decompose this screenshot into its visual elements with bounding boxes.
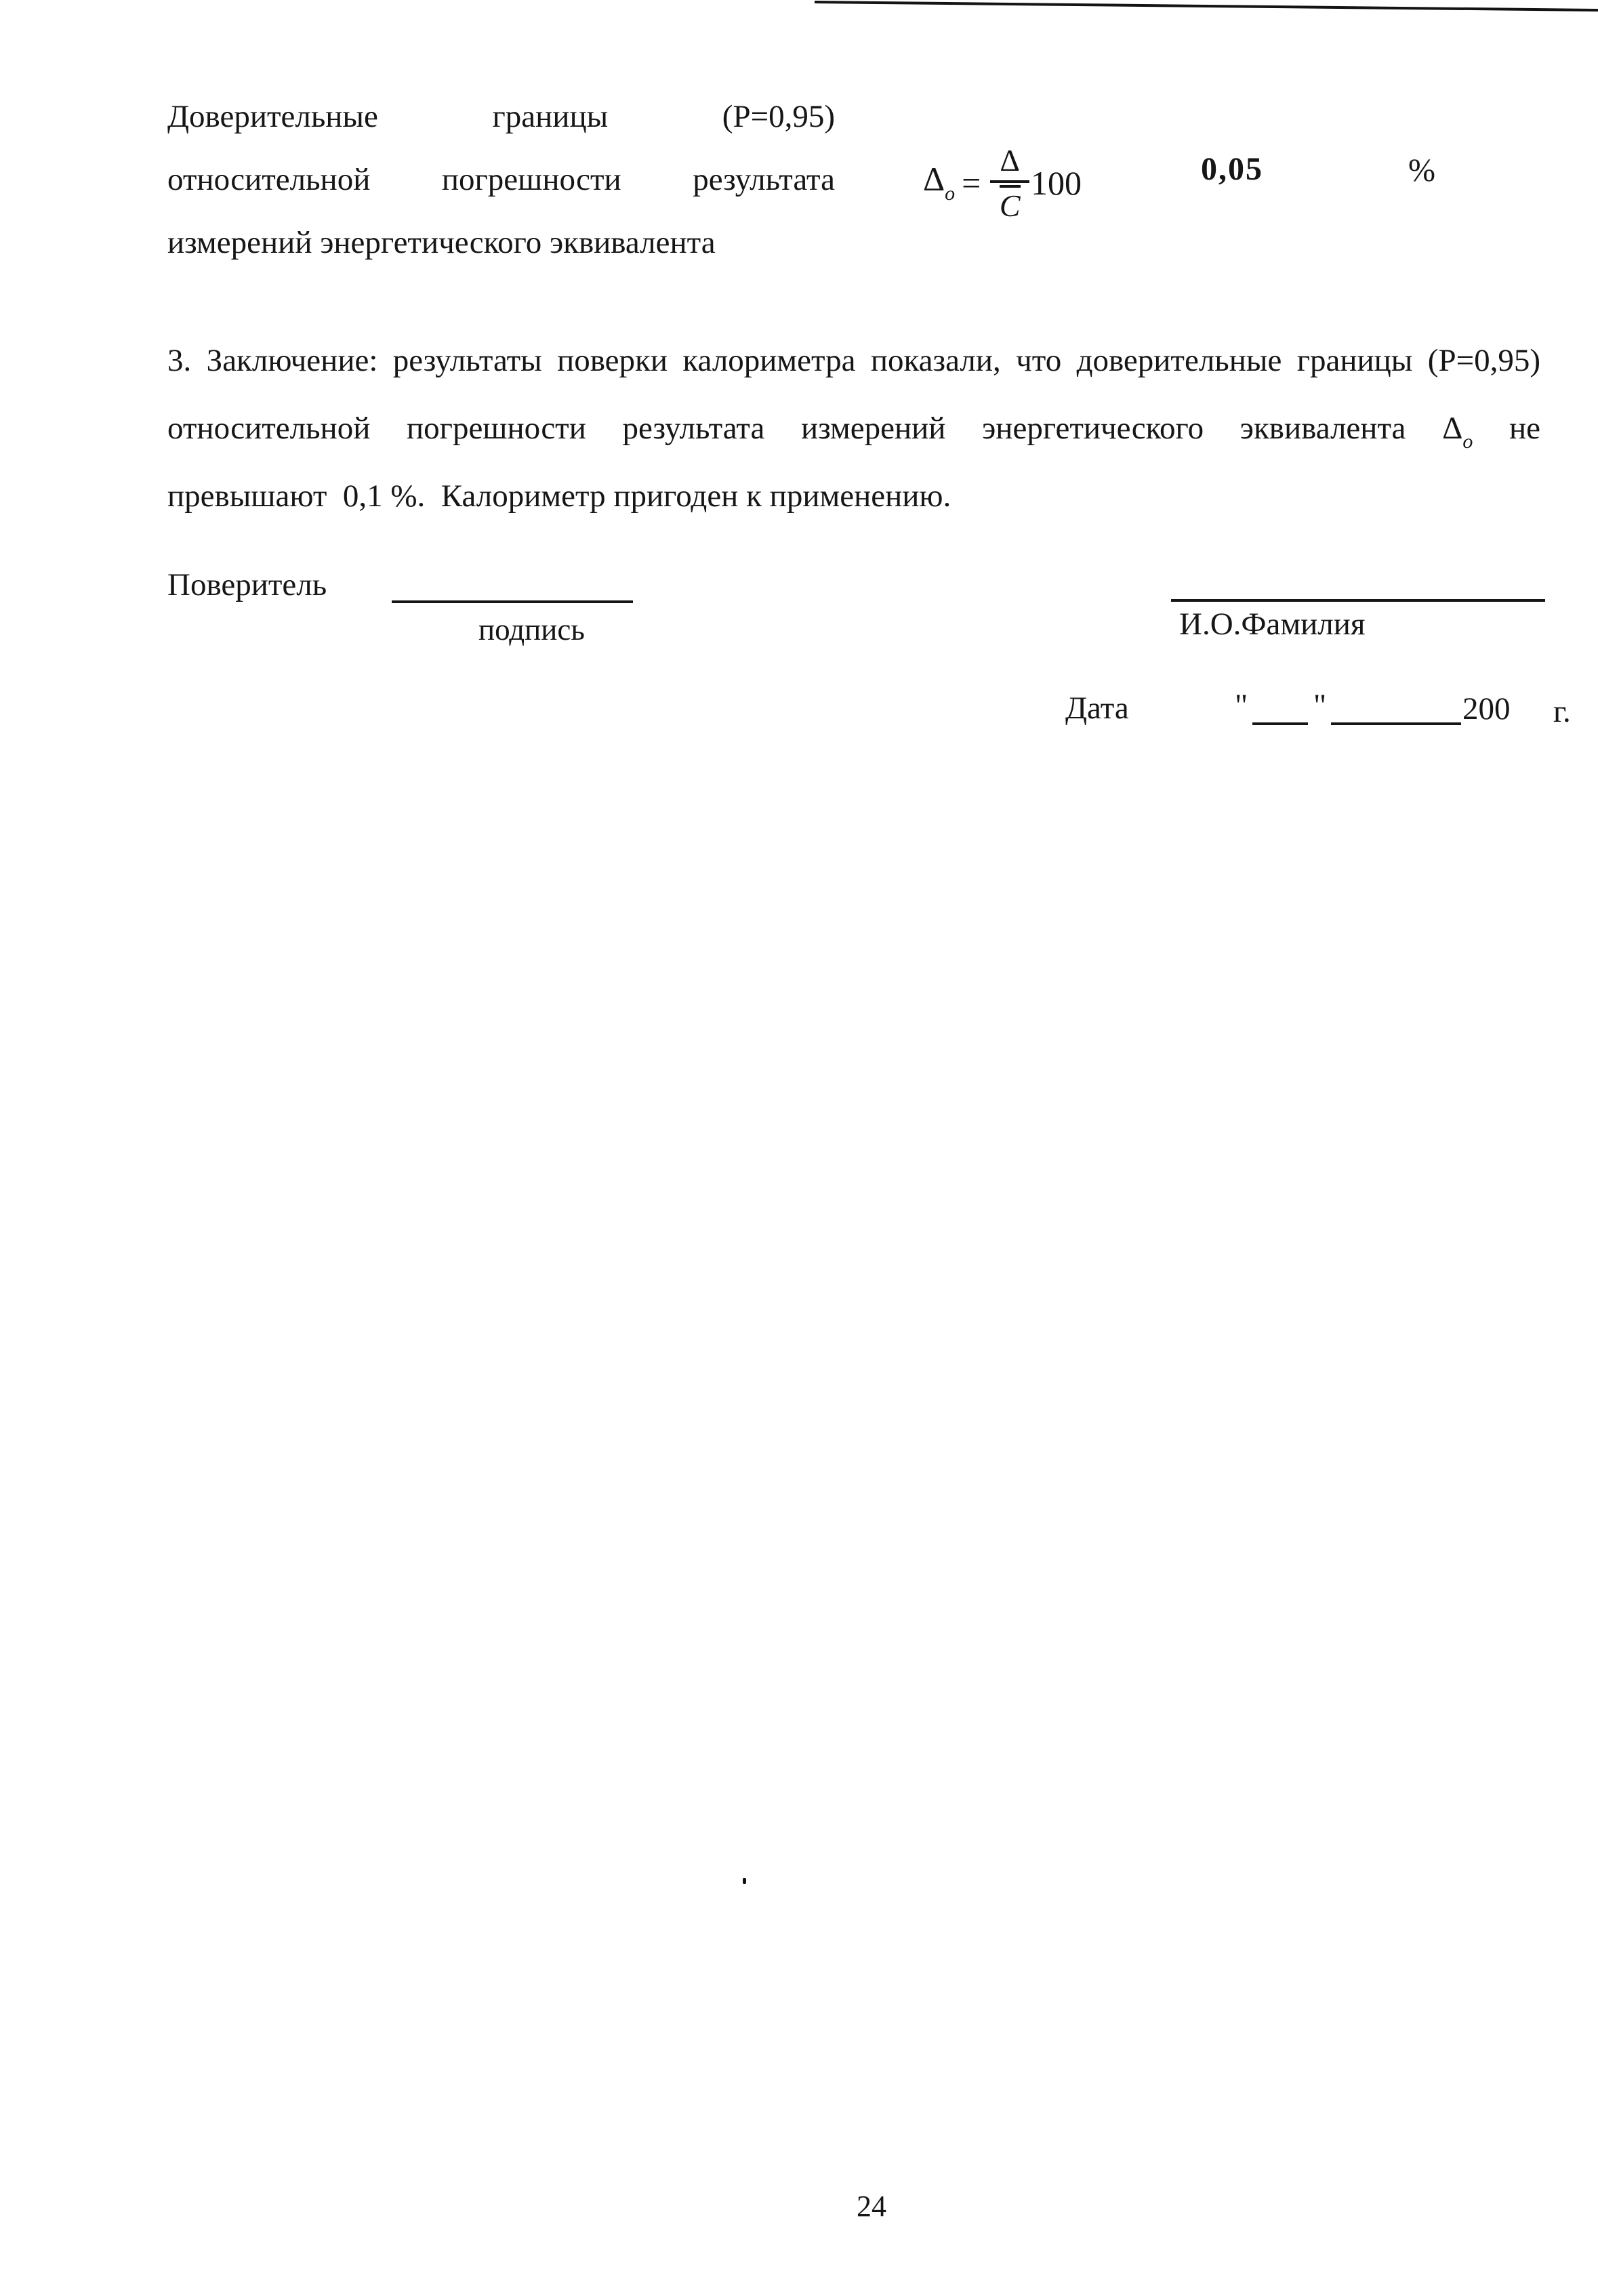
- equals-sign: =: [962, 166, 981, 200]
- month-blank: [1331, 691, 1461, 725]
- measurement-text-line3: измерений энергетического эквивалента: [167, 211, 835, 274]
- name-caption: И.О.Фамилия: [1179, 607, 1366, 642]
- measurement-text-line1: Доверительные границы (Р=0,95): [167, 85, 835, 148]
- signature-caption: подпись: [478, 613, 585, 647]
- conclusion-line2-text: относительной погрешности результата изм…: [167, 411, 1406, 446]
- conclusion-line2: относительной погрешности результата изм…: [167, 394, 1540, 462]
- formula-relative-error: Δо = Δ C 100: [923, 129, 1082, 237]
- name-line: [1171, 599, 1545, 602]
- quote-close: ": [1313, 689, 1326, 724]
- scan-edge-line: [0, 0, 1598, 16]
- day-blank: [1252, 691, 1308, 725]
- quote-open: ": [1235, 689, 1248, 724]
- fraction-denominator: C: [1000, 185, 1021, 222]
- formula-lhs: Δо: [923, 162, 955, 204]
- year-suffix: г.: [1553, 695, 1571, 730]
- fraction-numerator: Δ: [990, 145, 1029, 183]
- percent-unit: %: [1408, 152, 1435, 189]
- page-number: 24: [857, 2189, 886, 2223]
- ink-speck: [743, 1878, 746, 1884]
- conclusion-line2-end: не: [1509, 411, 1540, 446]
- mean-c-symbol: C: [1000, 185, 1021, 222]
- delta-subscript: о: [1462, 430, 1473, 453]
- delta-symbol: Δ: [1442, 411, 1462, 446]
- signature-line: [392, 600, 633, 603]
- measurement-text-line2: относительной погрешности результата: [167, 148, 835, 211]
- delta-symbol: Δ: [923, 160, 945, 198]
- date-label: Дата: [1065, 691, 1129, 726]
- document-page: Доверительные границы (Р=0,95) относител…: [0, 0, 1598, 2296]
- verifier-label: Поверитель: [167, 568, 327, 603]
- conclusion-line3: превышают 0,1 %. Калориметр пригоден к п…: [167, 462, 1540, 530]
- delta-subscript: о: [945, 182, 955, 205]
- conclusion-line1: 3. Заключение: результаты поверки калори…: [167, 327, 1540, 394]
- year-prefix: 200: [1462, 692, 1511, 727]
- multiplier-100: 100: [1031, 166, 1082, 200]
- measurement-row-text: Доверительные границы (Р=0,95) относител…: [167, 85, 835, 274]
- conclusion-paragraph: 3. Заключение: результаты поверки калори…: [167, 327, 1540, 530]
- fraction: Δ C: [990, 145, 1029, 222]
- measured-value: 0,05: [1201, 150, 1263, 188]
- delta-inline: Δо: [1442, 411, 1473, 446]
